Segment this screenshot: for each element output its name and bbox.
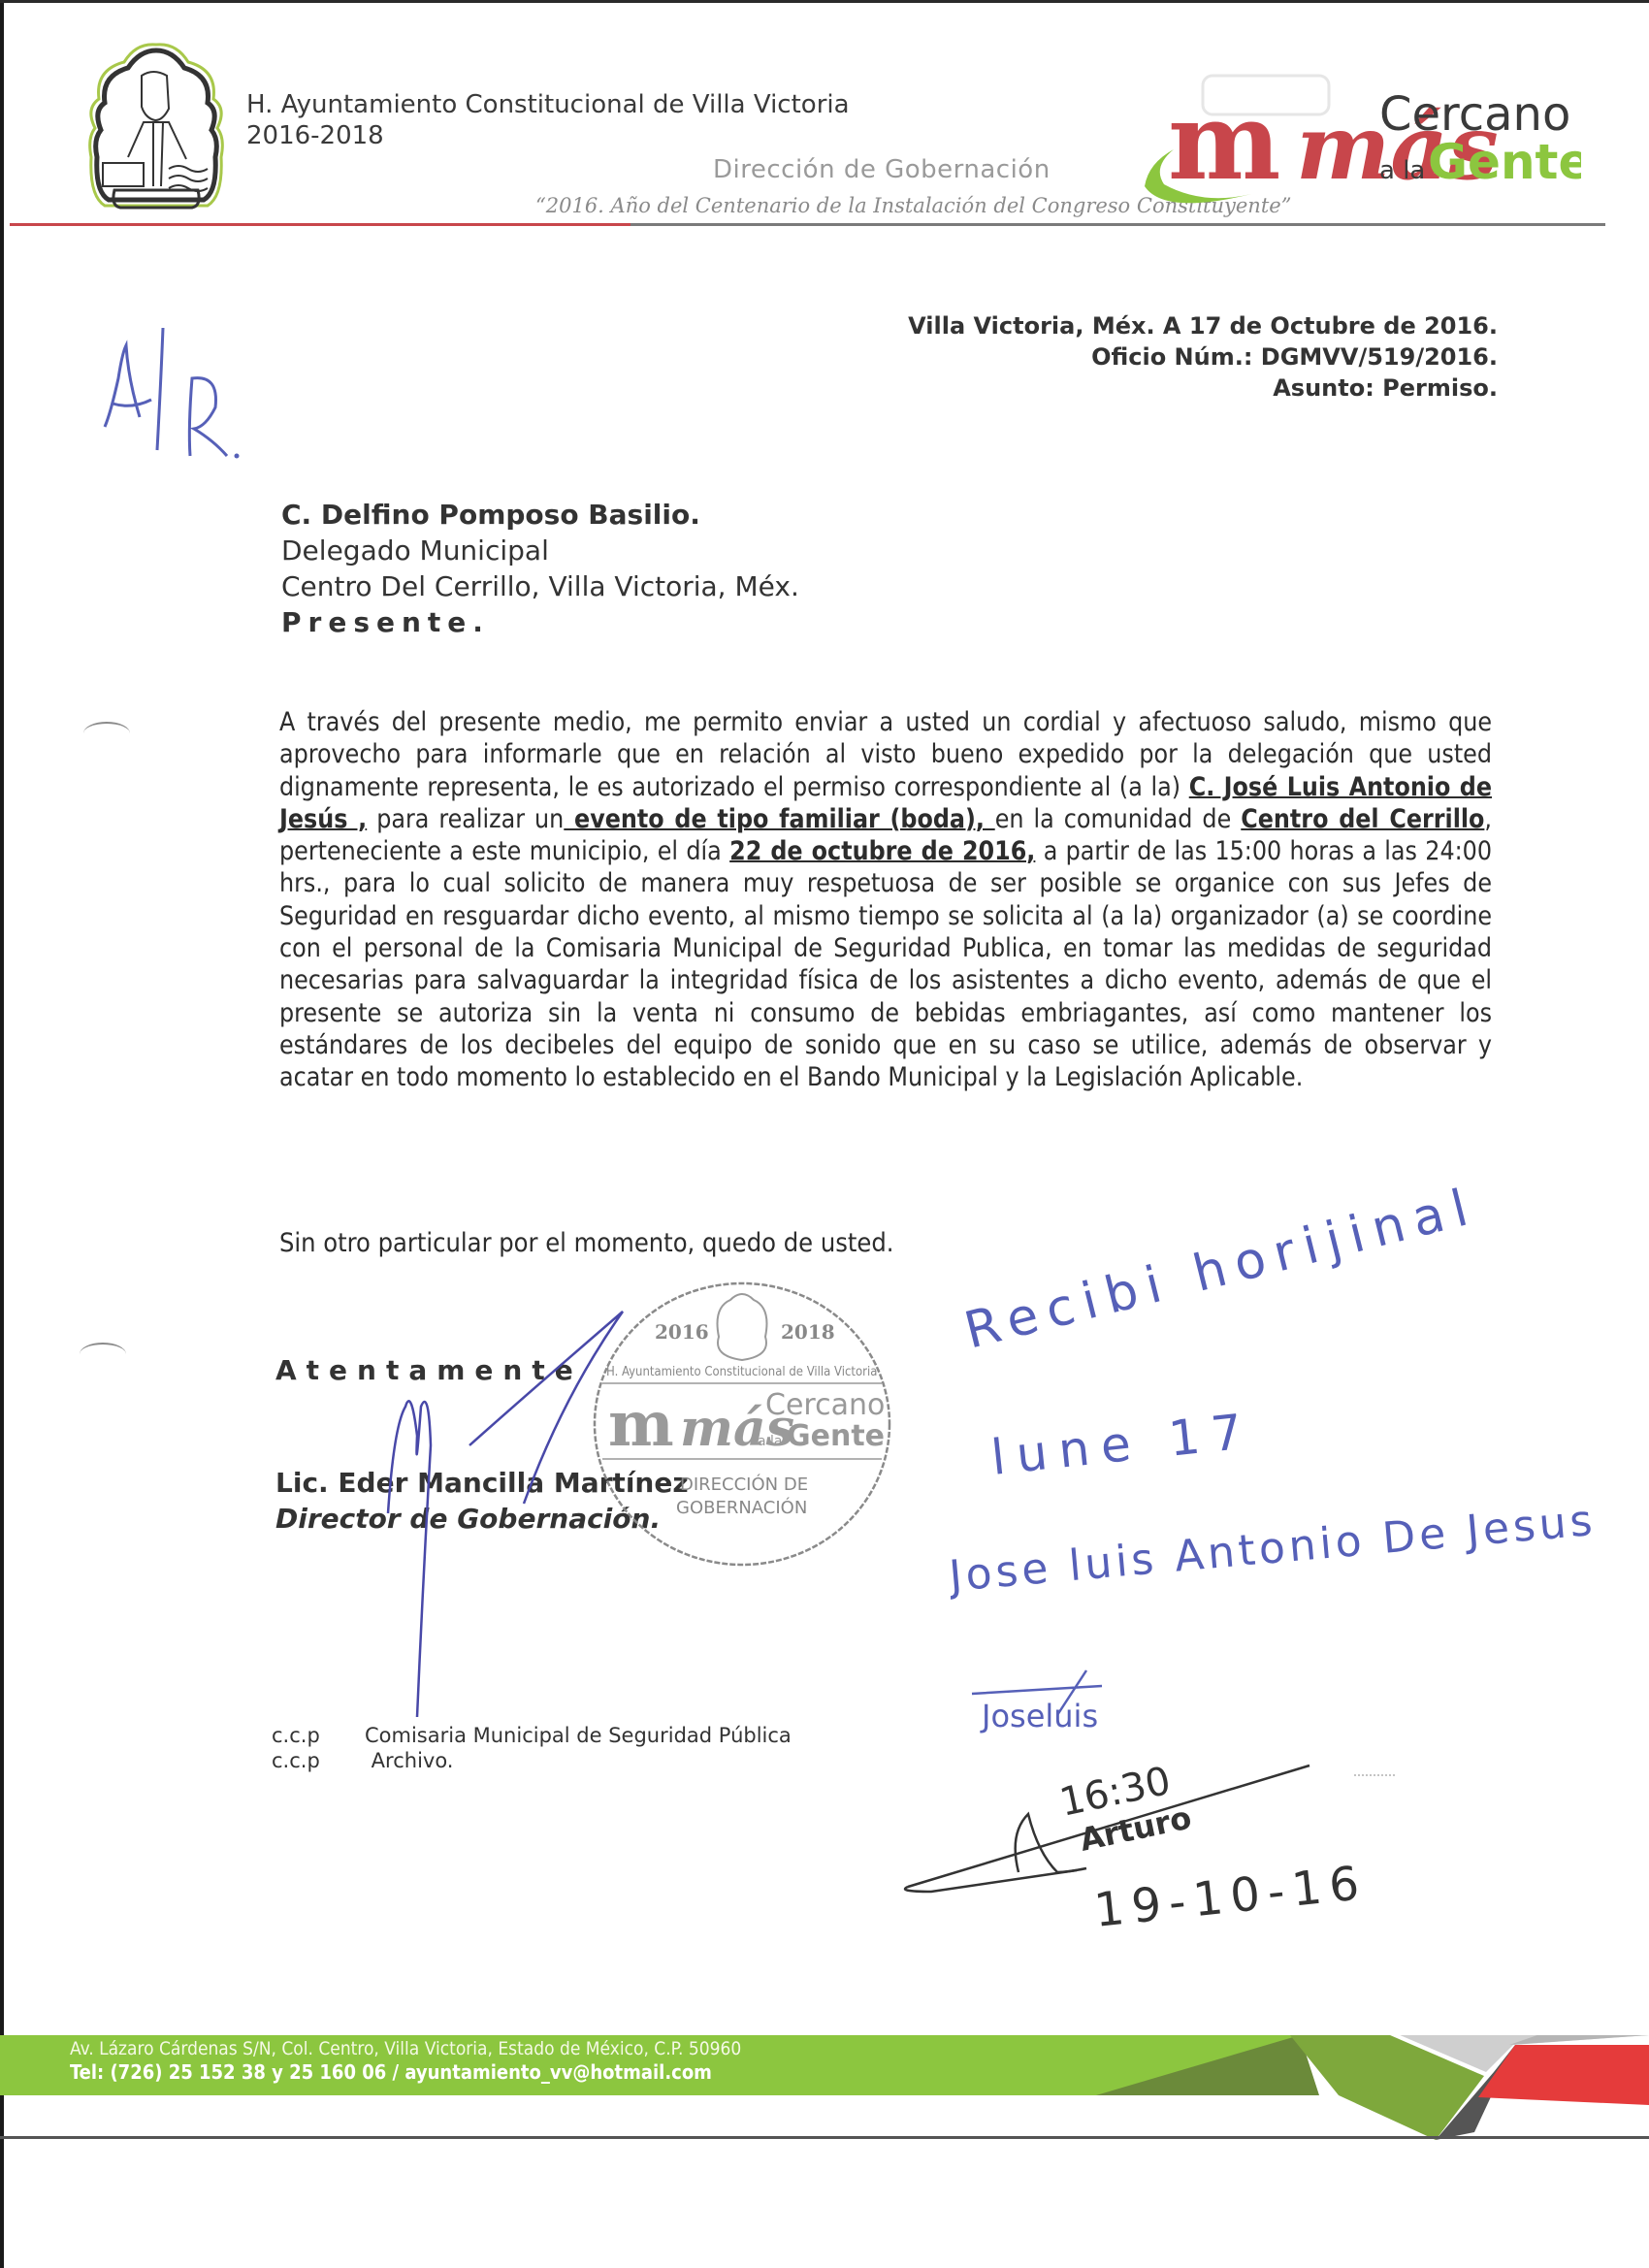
svg-text:19-10-16: 19-10-16 [1091, 1856, 1369, 1938]
svg-text:m: m [1168, 79, 1280, 204]
place-date: Villa Victoria, Méx. A 17 de Octubre de … [908, 310, 1498, 341]
addressee-name: C. Delfino Pomposo Basilio. [281, 497, 799, 533]
department-name: Dirección de Gobernación [713, 155, 1051, 184]
svg-text:Cercano: Cercano [765, 1388, 885, 1422]
director-signature [369, 1290, 679, 1736]
header-rule-red [10, 223, 630, 226]
event-date: 22 de octubre de 2016, [729, 836, 1035, 866]
svg-text:2018: 2018 [781, 1320, 835, 1344]
body-text: para realizar un [367, 804, 564, 834]
page-bottom-edge [0, 2136, 1649, 2139]
oficio-number: Oficio Núm.: DGMVV/519/2016. [908, 341, 1498, 373]
document-meta: Villa Victoria, Méx. A 17 de Octubre de … [908, 310, 1498, 404]
addressee-role: Delegado Municipal [281, 533, 799, 568]
institution-name: H. Ayuntamiento Constitucional de Villa … [246, 89, 850, 151]
svg-text:a la: a la [1379, 156, 1425, 185]
header-rule-gray [630, 223, 1605, 226]
footer-address: Av. Lázaro Cárdenas S/N, Col. Centro, Vi… [70, 2037, 741, 2060]
footer-phone-email: Tel: (726) 25 152 38 y 25 160 06 / ayunt… [70, 2060, 741, 2084]
svg-text:Gente: Gente [787, 1419, 885, 1453]
cc-item: c.c.pComisaria Municipal de Seguridad Pú… [272, 1723, 792, 1748]
administration-period: 2016-2018 [246, 120, 850, 151]
scan-edge [0, 0, 4, 2268]
closing-line: Sin otro particular por el momento, qued… [279, 1228, 894, 1258]
svg-text:Joseluis: Joseluis [980, 1698, 1098, 1734]
addressee-location: Centro Del Cerrillo, Villa Victoria, Méx… [281, 568, 799, 604]
community-name: Centro del Cerrillo [1241, 804, 1484, 834]
municipal-crest-icon [85, 41, 227, 215]
beneficiary-signature: Joseluis [970, 1669, 1183, 1746]
presente-label: Presente. [281, 604, 799, 640]
footer-contact: Av. Lázaro Cárdenas S/N, Col. Centro, Vi… [70, 2037, 741, 2084]
svg-text:GOBERNACIÓN: GOBERNACIÓN [676, 1497, 807, 1518]
svg-text:Recibi horijinal: Recibi horijinal [959, 1177, 1483, 1360]
mas-cercano-logo: m más Cercano a la Gente [1125, 70, 1581, 206]
body-text: a partir de las 15:00 horas a las 24:00 … [279, 836, 1492, 1092]
letter-body: A través del presente medio, me permito … [279, 706, 1492, 1094]
subject: Asunto: Permiso. [908, 373, 1498, 404]
receiver-annotation: 16:30 Arturo 19-10-16 [892, 1746, 1436, 1940]
svg-text:a la: a la [758, 1434, 783, 1449]
scan-edge-top [0, 0, 1649, 3]
svg-text:Jose luis Antonio De Jesus: Jose luis Antonio De Jesus [951, 1496, 1598, 1602]
addressee-block: C. Delfino Pomposo Basilio. Delegado Mun… [281, 497, 799, 640]
handwritten-receipt-note: Recibi horijinal lune 17 Jose luis Anton… [951, 1164, 1630, 1610]
event-type: evento de tipo familiar (boda), [564, 804, 994, 834]
carbon-copy-list: c.c.pComisaria Municipal de Seguridad Pú… [272, 1723, 792, 1773]
svg-text:Gente: Gente [1428, 134, 1581, 190]
punch-hole [83, 722, 130, 745]
punch-hole [80, 1343, 126, 1366]
institution-title: H. Ayuntamiento Constitucional de Villa … [246, 89, 850, 120]
svg-text:lune 17: lune 17 [988, 1403, 1256, 1486]
cc-item: c.c.p Archivo. [272, 1748, 792, 1773]
svg-text:DIRECCIÓN DE: DIRECCIÓN DE [680, 1474, 808, 1495]
body-text: en la comunidad de [995, 804, 1242, 834]
handwritten-initials [93, 320, 248, 466]
